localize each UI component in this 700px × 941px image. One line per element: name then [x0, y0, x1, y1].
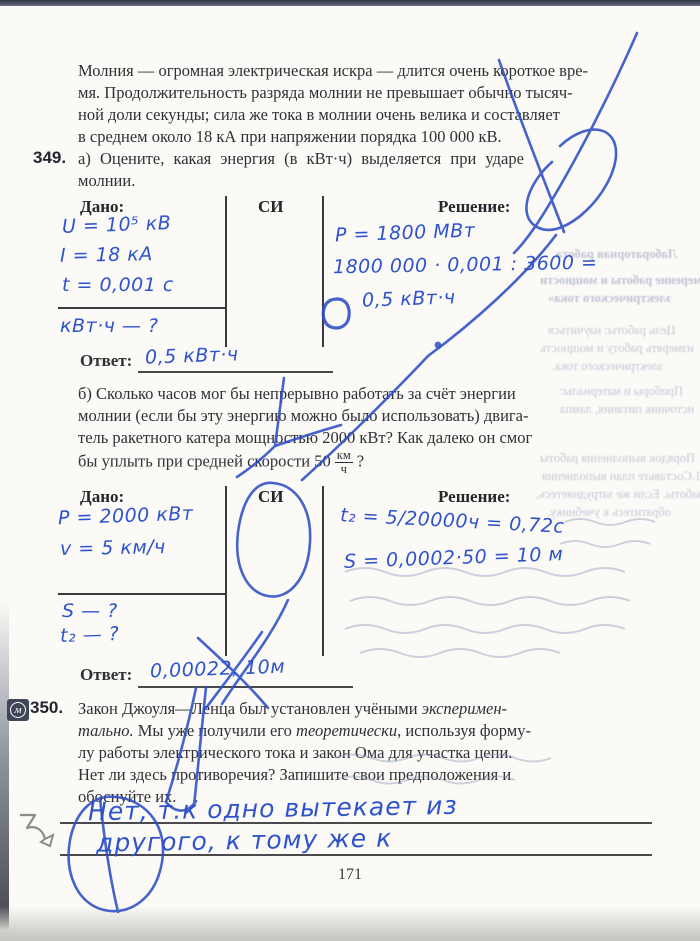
answer-b-line	[138, 686, 353, 688]
text-segment: , используя форму-	[397, 721, 531, 740]
answer-a-line	[138, 371, 333, 373]
bleedthrough-text: работы. Если же затрудняетесь,	[536, 486, 700, 503]
handwritten-given: v = 5 км/ч	[60, 536, 166, 560]
table-a-given-separator	[58, 307, 225, 309]
problem-349-number: 349.	[33, 148, 66, 168]
italic-segment: теоретически	[296, 721, 397, 740]
handwritten-given: P = 2000 кВт	[58, 503, 194, 530]
bleedthrough-text: Порядок выполнения работы	[540, 450, 695, 467]
handwritten-answer-a: 0,5 кВт·ч	[145, 343, 239, 368]
table-b-divider-1	[225, 486, 227, 656]
problem-350-text: лу работы электрического тока и закон Ом…	[78, 742, 512, 764]
pen-small-circle	[323, 299, 349, 328]
table-b-given-separator	[58, 593, 225, 595]
problem-349b-text: б) Сколько часов мог бы непрерывно работ…	[78, 383, 516, 405]
handwritten-given: t = 0,001 с	[62, 274, 174, 296]
bleedthrough-text: «Измерение работы и мощности	[540, 272, 700, 289]
italic-segment: тально.	[78, 721, 134, 740]
m-icon: м	[10, 702, 26, 718]
handwritten-final-answer: Нет, т.к одно вытекает из	[88, 791, 458, 826]
bleedthrough-text: Приборы и материалы:	[560, 383, 683, 400]
problem-349b-text: молнии (если бы эту энергию можно было и…	[78, 405, 529, 427]
continuation-arrow-icon	[12, 812, 56, 858]
bleedthrough-text: электрического тока.	[552, 358, 663, 375]
table-a-divider-1	[225, 196, 227, 347]
handwritten-find: кВт·ч — ?	[60, 315, 159, 337]
problem-350-number: 350.	[30, 698, 63, 718]
pen-stroke	[222, 600, 288, 704]
problem-350-text: тально. Мы уже получили его теоретически…	[78, 720, 531, 742]
problem-349a-text: а) Оцените, какая энергия (в кВт·ч) выде…	[78, 148, 524, 170]
dano-header-b: Дано:	[80, 487, 124, 507]
fraction-denominator: ч	[341, 462, 347, 476]
speed-text: бы уплыть при средней скорости 50	[78, 451, 331, 470]
intro-line: мя. Продолжительность разряда молнии не …	[78, 82, 573, 104]
handwritten-given: U = 10⁵ кВ	[62, 212, 172, 238]
km-per-h-fraction: кмч	[335, 449, 353, 476]
handwritten-solution: 1800 000 · 0,001 : 3600 =	[333, 252, 598, 279]
handwritten-find: S — ?	[62, 600, 118, 622]
bleedthrough-text: электрического тока»	[548, 290, 671, 307]
problem-350-text: Нет ли здесь противоречия? Запишите свои…	[78, 764, 511, 786]
handwritten-solution: P = 1800 МВт	[335, 220, 476, 247]
question-mark: ?	[357, 451, 364, 470]
table-a-divider-2	[322, 196, 324, 347]
handwritten-solution: 0,5 кВт·ч	[362, 286, 456, 311]
bleedthrough-text: источник питания, лампа	[560, 401, 694, 418]
reshenie-header-a: Решение:	[438, 197, 510, 217]
scan-left-edge-shadow	[0, 600, 9, 941]
handwritten-answer-b: 0,00022, 10м	[150, 656, 286, 683]
bleedthrough-text: обратитесь к учебнику.	[548, 504, 671, 521]
handwritten-solution: t₂ = 5/20000ч = 0,72с	[340, 504, 565, 538]
fraction-numerator: км	[335, 449, 353, 463]
intro-line: ной доли секунды; сила же тока в молнии …	[78, 104, 560, 126]
si-header-b: СИ	[258, 487, 284, 507]
si-header-a: СИ	[258, 197, 284, 217]
bleedthrough-text: измерять работу и мощность	[540, 340, 694, 357]
scan-top-edge	[0, 0, 700, 6]
metodics-margin-icon: м	[7, 699, 29, 721]
italic-segment: эксперимен-	[422, 699, 507, 718]
problem-349a-text: молнии.	[78, 170, 135, 192]
bleedthrough-text: Цель работы: научиться	[548, 322, 676, 339]
reshenie-header-b: Решение:	[438, 487, 510, 507]
handwritten-solution: S = 0,0002·50 = 10 м	[344, 543, 564, 573]
textbook-page-scan: Лабораторная работа «Измерение работы и …	[0, 0, 700, 941]
handwritten-find: t₂ — ?	[60, 623, 120, 647]
pen-loop	[526, 130, 616, 230]
bleedthrough-text: 1.Составьте план выполнения	[542, 468, 700, 485]
page-number: 171	[0, 866, 700, 884]
intro-line: в среднем около 18 кА при напряжении пор…	[78, 126, 502, 148]
problem-350-text: Закон Джоуля—Ленца был установлен учёным…	[78, 698, 507, 720]
handwritten-final-answer: другого, к тому же к	[96, 823, 393, 857]
text-segment: Закон Джоуля—Ленца был установлен учёным…	[78, 699, 422, 718]
answer-a-label: Ответ:	[80, 350, 132, 372]
answer-b-label: Ответ:	[80, 664, 132, 686]
handwritten-given: I = 18 кА	[60, 243, 153, 267]
problem-349b-text: бы уплыть при средней скорости 50кмч?	[78, 449, 364, 476]
pen-dot	[435, 342, 442, 349]
scan-bottom-shadow	[0, 906, 700, 941]
table-b-divider-2	[322, 486, 324, 656]
text-segment: Мы уже получили его	[134, 721, 296, 740]
intro-line: Молния — огромная электрическая искра — …	[78, 60, 588, 82]
problem-349b-text: тель ракетного катера мощностью 2000 кВт…	[78, 427, 532, 449]
